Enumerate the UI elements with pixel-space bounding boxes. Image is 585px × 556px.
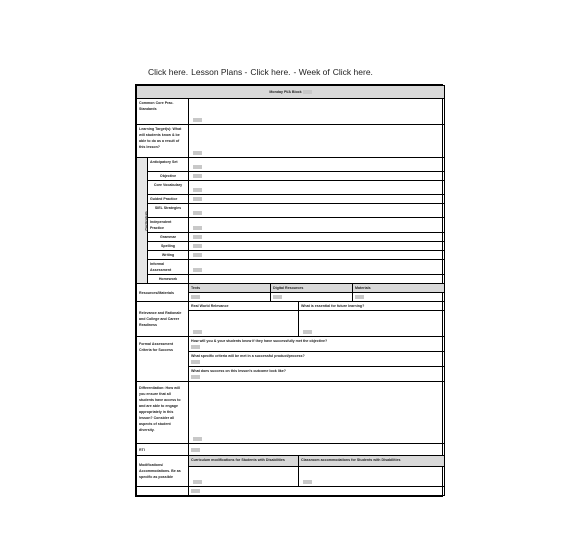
placeholder[interactable]	[193, 253, 202, 257]
common-core-label: Common Core Prac. Standards	[137, 99, 189, 125]
placeholder[interactable]	[191, 345, 200, 349]
document-title: Click here.Lesson Plans -Click here.- We…	[148, 67, 376, 77]
placeholder[interactable]	[193, 165, 202, 169]
curriculum-item-field[interactable]	[189, 204, 445, 218]
curriculum-section-label: Curriculum	[137, 158, 148, 284]
curriculum-modifications-header: Curriculum modifications for Students wi…	[189, 456, 299, 467]
rti-field[interactable]	[189, 444, 445, 456]
click-here-field-1[interactable]: Click here.	[148, 67, 188, 77]
placeholder[interactable]	[193, 437, 202, 441]
curriculum-item-label: Writing	[148, 251, 189, 260]
placeholder[interactable]	[191, 448, 200, 452]
curriculum-item-field[interactable]	[189, 260, 445, 275]
classroom-accommodations-field[interactable]	[299, 467, 445, 487]
header-placeholder[interactable]	[303, 90, 312, 94]
curriculum-item-label: Objective	[148, 172, 189, 181]
placeholder[interactable]	[193, 268, 202, 272]
curriculum-item-label: Spelling	[148, 242, 189, 251]
placeholder[interactable]	[193, 151, 202, 155]
placeholder[interactable]	[193, 330, 202, 334]
curriculum-item-label: Independent Practice	[148, 218, 189, 233]
lesson-plan-table: Monday PI/A Block Common Core Prac. Stan…	[135, 84, 443, 497]
curriculum-item-field[interactable]	[189, 218, 445, 233]
placeholder[interactable]	[191, 375, 200, 379]
curriculum-item-label: Anticipatory Set	[148, 158, 189, 172]
differentiation-label: Differentiation: How will you ensure tha…	[137, 382, 189, 444]
click-here-field-2[interactable]: Click here.	[250, 67, 290, 77]
curriculum-item-label: Informal Assessment	[148, 260, 189, 275]
curriculum-item-label: Homework	[148, 275, 189, 284]
placeholder[interactable]	[303, 480, 312, 484]
curriculum-item-label: Core Vocabulary	[148, 181, 189, 195]
placeholder[interactable]	[191, 489, 200, 493]
curriculum-item-label: Grammar	[148, 233, 189, 242]
learning-targets-field[interactable]	[189, 125, 445, 158]
formal-assessment-q2[interactable]: What specific criteria will be met in a …	[189, 352, 445, 367]
common-core-field[interactable]	[189, 99, 445, 125]
blank-label	[137, 487, 189, 496]
curriculum-item-field[interactable]	[189, 181, 445, 195]
question-text: How will you & your students know if the…	[191, 339, 327, 343]
placeholder[interactable]	[191, 295, 200, 299]
resources-label: Resources/Materials	[137, 284, 189, 302]
curriculum-item-field[interactable]	[189, 242, 445, 251]
real-world-relevance-field[interactable]	[189, 311, 299, 337]
placeholder[interactable]	[193, 174, 202, 178]
curriculum-item-field[interactable]	[189, 195, 445, 204]
click-here-field-3[interactable]: Click here.	[333, 67, 373, 77]
placeholder[interactable]	[191, 360, 200, 364]
title-lesson-plans: Lesson Plans -	[191, 67, 247, 77]
formal-assessment-q3[interactable]: What does success on this lesson's outco…	[189, 367, 445, 382]
curriculum-item-field[interactable]	[189, 275, 445, 284]
resources-col-digital: Digital Resources	[271, 284, 353, 293]
texts-field[interactable]	[189, 293, 271, 302]
placeholder[interactable]	[193, 118, 202, 122]
day-header: Monday PI/A Block	[137, 86, 445, 99]
curriculum-item-label: Guided Practice	[148, 195, 189, 204]
resources-col-materials: Materials	[353, 284, 445, 293]
formal-assessment-label: Formal Assessment Criteria for Success	[137, 337, 189, 382]
curriculum-item-field[interactable]	[189, 172, 445, 181]
question-text: What does success on this lesson's outco…	[191, 369, 286, 373]
curriculum-item-field[interactable]	[189, 251, 445, 260]
learning-targets-label: Learning Target(s): What will students k…	[137, 125, 189, 158]
modifications-label: Modifications/ Accommodations. Be as spe…	[137, 456, 189, 487]
classroom-accommodations-header: Classroom accommodations for Students wi…	[299, 456, 445, 467]
placeholder[interactable]	[193, 244, 202, 248]
essential-learning-header: What is essential for future learning?	[299, 302, 445, 311]
placeholder[interactable]	[193, 226, 202, 230]
placeholder[interactable]	[193, 197, 202, 201]
day-header-label: Monday PI/A Block	[269, 90, 301, 94]
rti-label: RTI	[137, 444, 189, 456]
placeholder[interactable]	[193, 211, 202, 215]
relevance-label: Relevance and Rationale and College and …	[137, 302, 189, 337]
formal-assessment-q1[interactable]: How will you & your students know if the…	[189, 337, 445, 352]
curriculum-item-field[interactable]	[189, 233, 445, 242]
differentiation-field[interactable]	[189, 382, 445, 444]
curriculum-item-field[interactable]	[189, 158, 445, 172]
real-world-relevance-header: Real World Relevance	[189, 302, 299, 311]
curriculum-item-label: SIEL Strategies	[148, 204, 189, 218]
placeholder[interactable]	[355, 295, 364, 299]
placeholder[interactable]	[303, 330, 312, 334]
resources-col-texts: Texts	[189, 284, 271, 293]
curriculum-modifications-field[interactable]	[189, 467, 299, 487]
placeholder[interactable]	[193, 188, 202, 192]
placeholder[interactable]	[193, 480, 202, 484]
materials-field[interactable]	[353, 293, 445, 302]
essential-learning-field[interactable]	[299, 311, 445, 337]
question-text: What specific criteria will be met in a …	[191, 354, 305, 358]
placeholder[interactable]	[193, 235, 202, 239]
placeholder[interactable]	[273, 295, 282, 299]
final-field[interactable]	[189, 487, 445, 496]
digital-resources-field[interactable]	[271, 293, 353, 302]
title-week-of: - Week of	[294, 67, 330, 77]
